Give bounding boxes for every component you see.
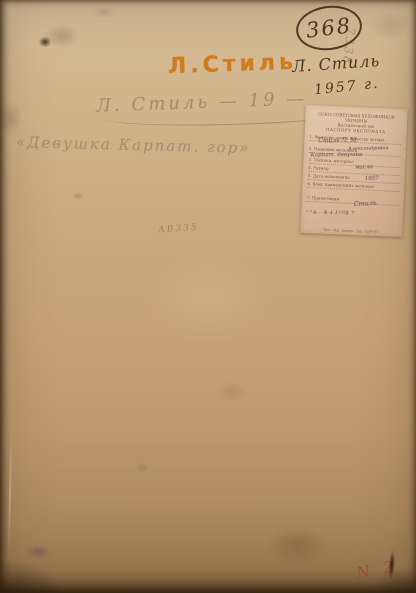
crease-mark — [8, 428, 13, 560]
ink-artist-inscription: Л. Стиль — [291, 51, 380, 76]
corner-number-red: N 2 — [355, 557, 399, 583]
ink-year-inscription: 1957 г. — [313, 76, 380, 99]
handwritten-technique: масло — [355, 164, 373, 171]
pencil-inventory-code: АВ335 — [158, 223, 199, 236]
handwritten-signature: Стиль — [353, 199, 376, 209]
exhibit-passport-label: СОЮЗ СОВЕТСКИХ ХУДОЖНИКОВ УКРАИНЫ Выстав… — [300, 105, 407, 237]
handwritten-artwork-title: Карпат. девушка — [311, 152, 363, 159]
label-footer-print: Тип. «Кр. знамя». Зак. 1587-57. — [302, 227, 400, 236]
pencil-title-line2: «Девушка Карпат. гор» — [16, 133, 251, 157]
orange-artist-inscription: Л.Стиль — [168, 50, 298, 79]
handwritten-year: 1957 — [365, 176, 379, 183]
painting-back-photo: 368 7338 Л.Стиль Л. Стиль 1957 г. Л. Сти… — [0, 0, 416, 593]
pencil-title-line1: Л. Стиль — 19 — — [96, 88, 308, 116]
handwritten-author-name: Стиль Л. М. — [318, 137, 358, 145]
